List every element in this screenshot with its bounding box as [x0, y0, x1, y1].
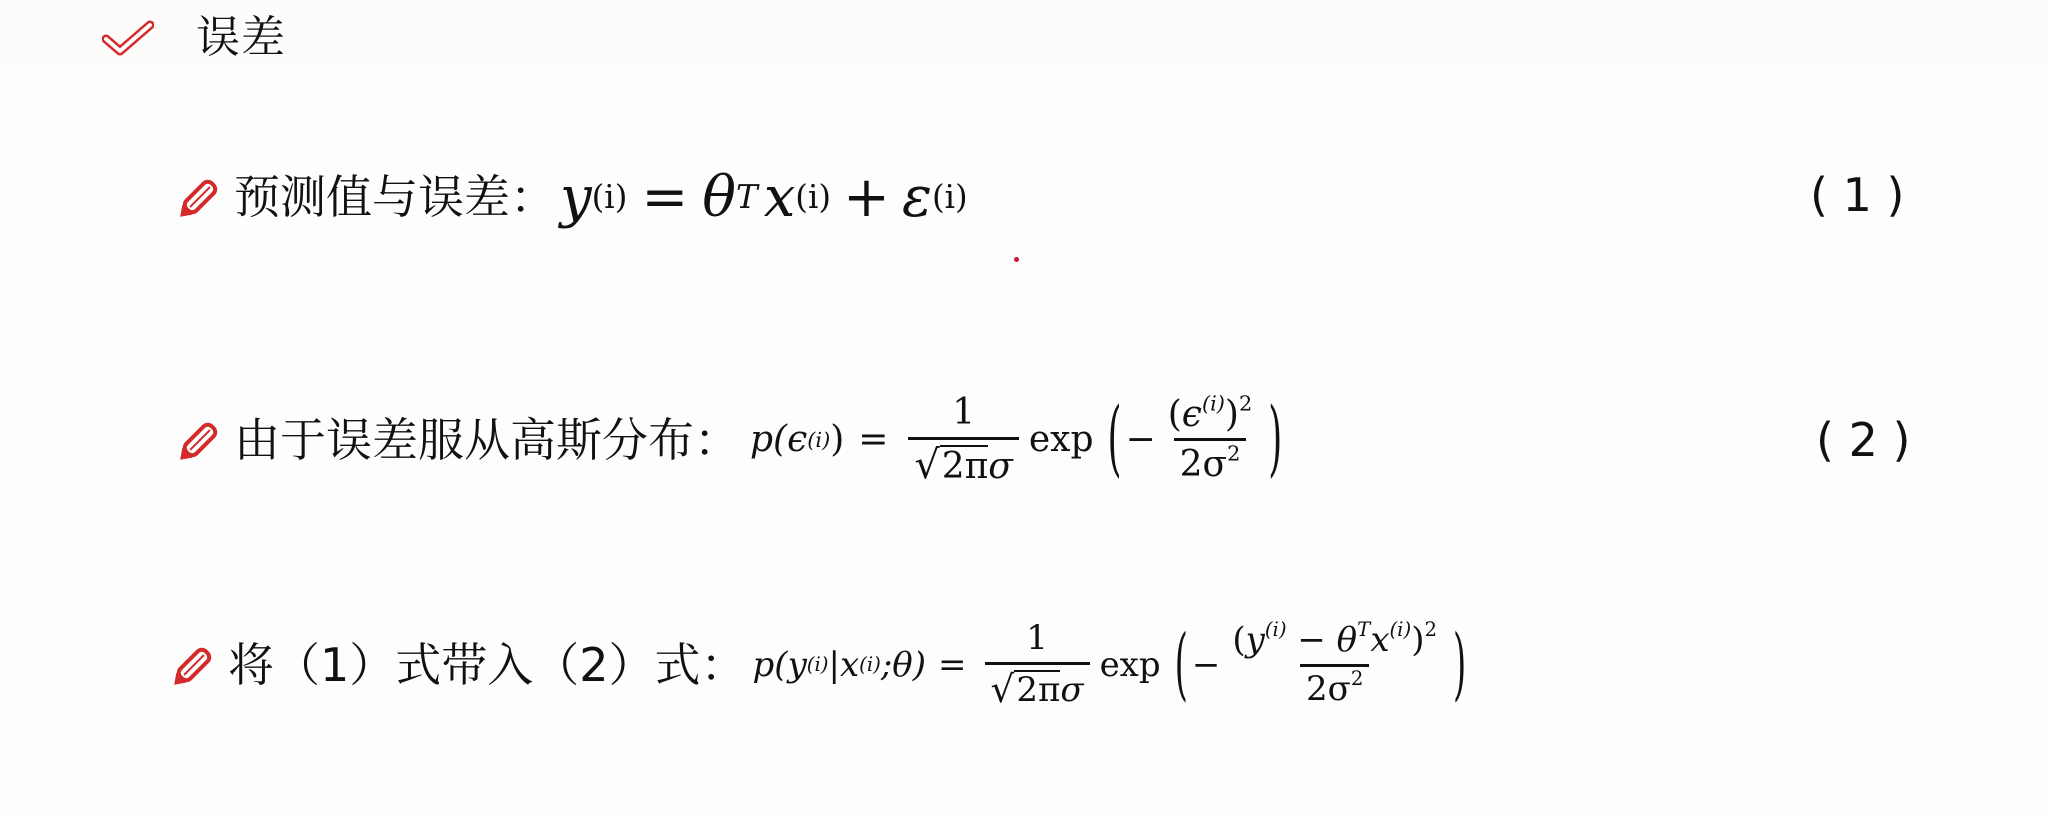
- equation-number-2: ( 2 ): [1816, 413, 1910, 467]
- equation-number-1: ( 1 ): [1810, 168, 1904, 222]
- fraction: (y(i) − θTx(i))2 2σ2: [1226, 622, 1443, 708]
- fraction: (ϵ(i))2 2σ2: [1162, 395, 1259, 485]
- formula-row-2: 由于误差服从高斯分布： p(ϵ(i)) = 1 √2πσ exp ( − (ϵ(…: [0, 385, 2048, 495]
- fraction: 1 √2πσ: [985, 620, 1090, 710]
- header-band: [0, 0, 2048, 62]
- row-label: 将（1）式带入（2）式：: [228, 642, 747, 688]
- pencil-icon: [166, 637, 222, 693]
- formula-1: y(i) = θT x(i) + ε(i): [560, 165, 968, 230]
- check-icon: [102, 19, 154, 57]
- pencil-icon: [172, 412, 228, 468]
- section-header: 误差: [102, 8, 286, 68]
- formula-row-1: 预测值与误差： y(i) = θT x(i) + ε(i) ( 1 ): [0, 162, 2048, 232]
- section-title: 误差: [196, 16, 286, 60]
- formula-3: p(y(i)|x(i);θ) = 1 √2πσ exp ( − (y(i) − …: [753, 620, 1471, 710]
- pencil-icon: [172, 169, 228, 225]
- pointer-dot: [1014, 257, 1019, 262]
- row-label: 预测值与误差：: [234, 174, 556, 220]
- formula-row-3: 将（1）式带入（2）式： p(y(i)|x(i);θ) = 1 √2πσ exp…: [0, 605, 2048, 725]
- fraction: 1 √2πσ: [908, 393, 1018, 487]
- row-label: 由于误差服从高斯分布：: [234, 417, 740, 463]
- formula-2: p(ϵ(i)) = 1 √2πσ exp ( − (ϵ(i))2 2σ2 ): [750, 393, 1286, 487]
